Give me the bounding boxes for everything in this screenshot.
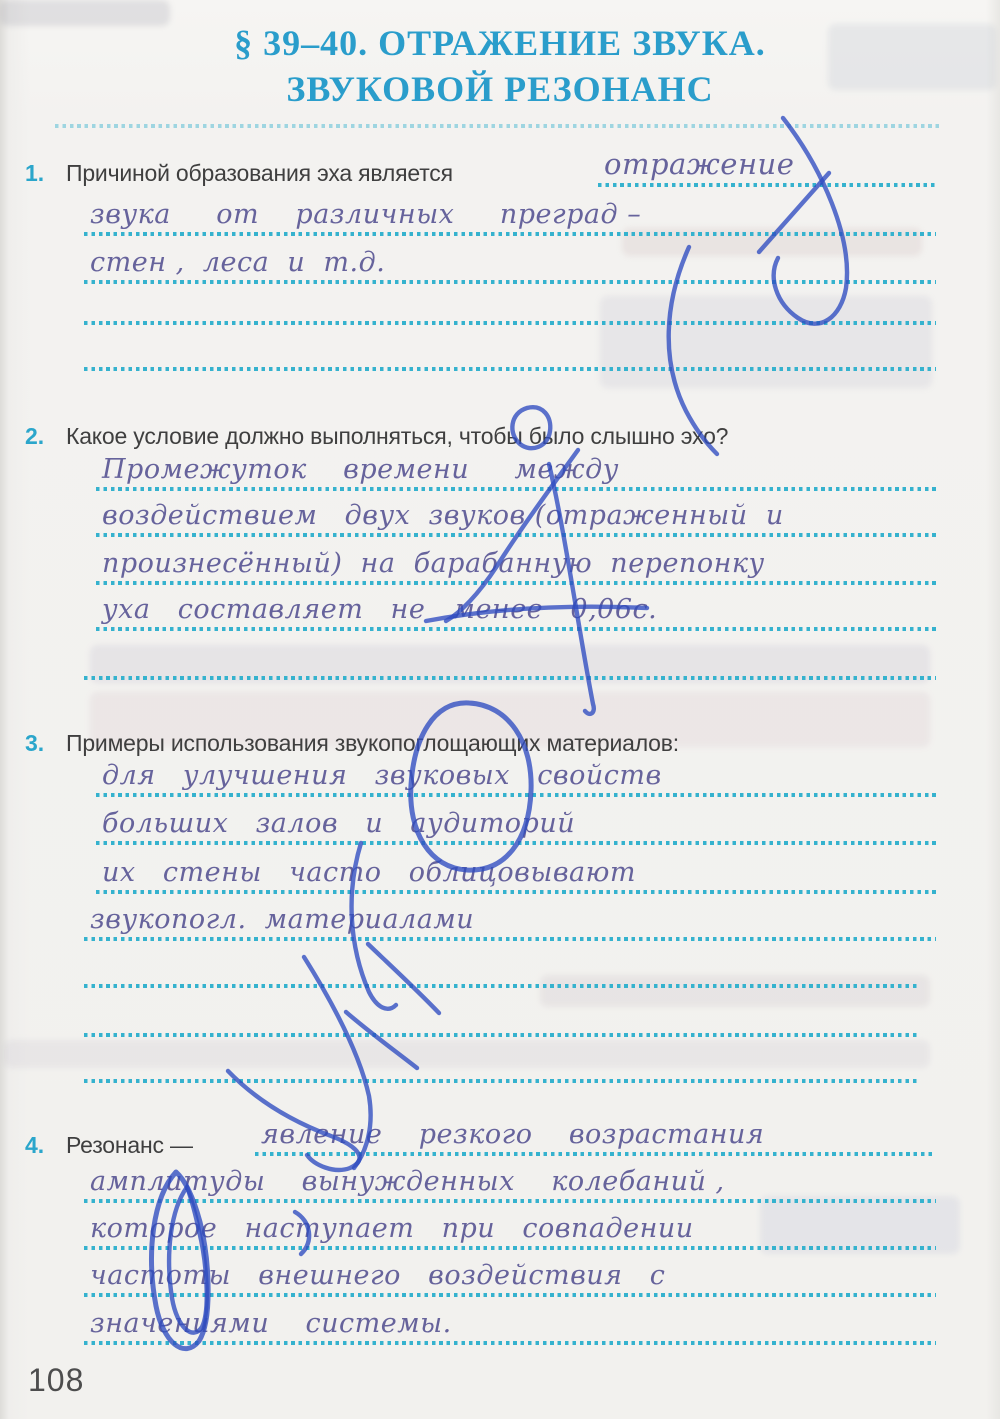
handwritten-text: их стены часто облицовывают (102, 857, 636, 888)
handwritten-text: воздействием двух звуков (отраженный и (102, 500, 784, 531)
answer-line: больших залов и аудиторий (96, 799, 936, 845)
answer-line: произнесённый) на барабанную перепонку (96, 539, 936, 585)
answer-line: отражение (598, 141, 936, 187)
answer-line: значениями системы. (84, 1299, 936, 1345)
question-2-number: 2. (25, 423, 59, 450)
answer-line (84, 279, 936, 325)
question-3-number: 3. (25, 730, 59, 757)
answer-line: Промежуток времени между (96, 445, 936, 491)
dotted-line (55, 82, 940, 128)
answer-line (84, 634, 936, 680)
answer-line: звукопогл. материалами (84, 895, 936, 941)
handwritten-text: значениями системы. (90, 1308, 452, 1339)
handwritten-text: уха составляет не менее 0,06с. (102, 594, 657, 625)
answer-line: их стены часто облицовывают (96, 848, 936, 894)
answer-line: явление резкого возрастания (255, 1110, 936, 1156)
handwritten-text: которое наступает при совпадении (90, 1213, 694, 1244)
answer-line (84, 1037, 920, 1083)
handwritten-text: Промежуток времени между (102, 454, 619, 485)
handwritten-text: звука от различных преград – (90, 199, 641, 230)
answer-line (84, 991, 920, 1037)
handwritten-text: произнесённый) на барабанную перепонку (102, 548, 765, 579)
answer-line (84, 325, 936, 371)
answer-line: звука от различных преград – (84, 190, 936, 236)
handwritten-text: для улучшения звуковых свойств (102, 760, 662, 791)
workbook-page: § 39–40. ОТРАЖЕНИЕ ЗВУКА. ЗВУКОВОЙ РЕЗОН… (0, 0, 1000, 1419)
page-title-line-1: § 39–40. ОТРАЖЕНИЕ ЗВУКА. (0, 20, 1000, 66)
handwritten-text: стен , леса и т.д. (90, 247, 385, 278)
answer-line: которое наступает при совпадении (84, 1204, 936, 1250)
handwritten-text: отражение (604, 147, 794, 181)
question-1-text: Причиной образования эха является (66, 160, 453, 187)
page-number: 108 (28, 1362, 84, 1399)
answer-line: уха составляет не менее 0,06с. (96, 585, 936, 631)
answer-line: частоты внешнего воздействия с (84, 1251, 936, 1297)
question-1-number: 1. (25, 160, 59, 187)
answer-line: для улучшения звуковых свойств (96, 751, 936, 797)
question-4-text: Резонанс — (66, 1132, 193, 1159)
handwritten-text: звукопогл. материалами (90, 904, 474, 935)
answer-line: стен , леса и т.д. (84, 238, 936, 284)
answer-line: воздействием двух звуков (отраженный и (96, 491, 936, 537)
handwritten-text: амплитуды вынужденных колебаний , (90, 1166, 725, 1197)
question-4-number: 4. (25, 1132, 59, 1159)
answer-line: амплитуды вынужденных колебаний , (84, 1157, 936, 1203)
handwritten-text: явление резкого возрастания (261, 1119, 764, 1150)
answer-line (84, 942, 920, 988)
handwritten-text: больших залов и аудиторий (102, 808, 575, 839)
handwritten-text: частоты внешнего воздействия с (90, 1260, 665, 1291)
